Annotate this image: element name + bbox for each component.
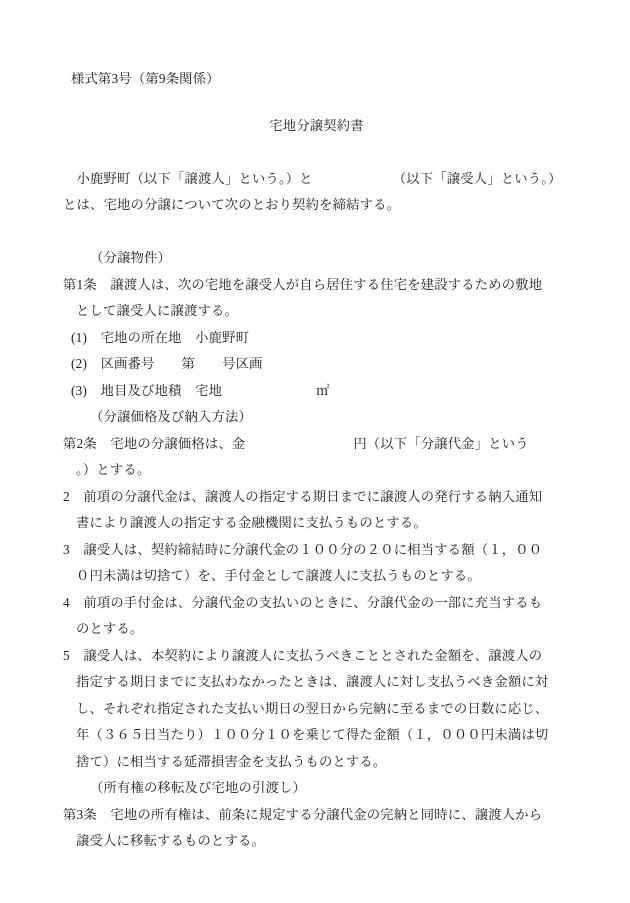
article2-p1-line2: 。）とする。 (63, 457, 570, 484)
article1-item3: (3) 地目及び地積 宅地㎡ (63, 378, 570, 405)
price-amount-blank (245, 447, 353, 448)
contract-document-page: 様式第3号（第9条関係） 宅地分譲契約書 小鹿野町（以下「譲渡人」という。）と（… (0, 0, 630, 903)
article2-p3-line1: 3 譲受人は、契約締結時に分譲代金の１００分の２０に相当する額（１，００ (63, 537, 570, 564)
article2-p1-left: 第2条 宅地の分譲価格は、金 (63, 436, 245, 451)
article2-heading: （分譲価格及び納入方法） (63, 404, 570, 431)
spacer (63, 219, 570, 246)
article2-p5-line3: し、それぞれ指定された支払い期日の翌日から完納に至るまでの日数に応じ、 (63, 696, 570, 723)
article2-p5-line5: 捨て）に相当する延滞損害金を支払うものとする。 (63, 749, 570, 776)
spacer (63, 139, 570, 166)
article2-p1-line1: 第2条 宅地の分譲価格は、金円（以下「分譲代金」という (63, 431, 570, 458)
article2-p5-line1: 5 譲受人は、本契約により譲渡人に支払うべきこととされた金額を、譲渡人の (63, 643, 570, 670)
article2-p2-line2: 書により譲渡人の指定する金融機関に支払うものとする。 (63, 510, 570, 537)
article1-item1: (1) 宅地の所在地 小鹿野町 (63, 325, 570, 352)
article2-p4-line2: のとする。 (63, 616, 570, 643)
article3-line1: 第3条 宅地の所有権は、前条に規定する分譲代金の完納と同時に、譲渡人から (63, 802, 570, 829)
article2-p3-line2: ０円未満は切捨て）を、手付金として譲渡人に支払うものとする。 (63, 563, 570, 590)
article2-p4-line1: 4 前項の手付金は、分譲代金の支払いのときに、分譲代金の一部に充当するも (63, 590, 570, 617)
article1-heading: （分譲物件） (63, 245, 570, 272)
article3-heading: （所有権の移転及び宅地の引渡し） (63, 775, 570, 802)
square-meter-unit: ㎡ (316, 383, 330, 398)
article1-line1: 第1条 譲渡人は、次の宅地を譲受人が自ら居住する住宅を建設するための敷地 (63, 272, 570, 299)
buyer-name-blank (313, 182, 393, 183)
article1-item2: (2) 区画番号 第 号区画 (63, 351, 570, 378)
article2-p5-line4: 年（３６５日当たり）１００分１０を乗じて得た金額（１，０００円未満は切 (63, 722, 570, 749)
article2-p5-line2: 指定する期日までに支払わなかったときは、譲渡人に対し支払うべき金額に対 (63, 669, 570, 696)
preamble-party-right: （以下「譲受人」という。） (393, 171, 562, 186)
article3-line2: 譲受人に移転するものとする。 (63, 828, 570, 855)
spacer (63, 93, 570, 113)
form-number-label: 様式第3号（第9条関係） (63, 66, 570, 93)
preamble-party-left: 小鹿野町（以下「譲渡人」という。）と (63, 171, 313, 186)
article1-item3-label: (3) 地目及び地積 宅地 (71, 383, 222, 398)
article2-p1-right: 円（以下「分譲代金」という (353, 436, 528, 451)
preamble-closing-line: とは、宅地の分譲について次のとおり契約を締結する。 (63, 192, 570, 219)
article2-p2-line1: 2 前項の分譲代金は、譲渡人の指定する期日までに譲渡人の発行する納入通知 (63, 484, 570, 511)
article1-line2: として譲受人に譲渡する。 (63, 298, 570, 325)
preamble-party-line: 小鹿野町（以下「譲渡人」という。）と（以下「譲受人」という。） (63, 166, 570, 193)
lot-area-blank (222, 394, 316, 395)
document-title: 宅地分譲契約書 (63, 113, 570, 140)
